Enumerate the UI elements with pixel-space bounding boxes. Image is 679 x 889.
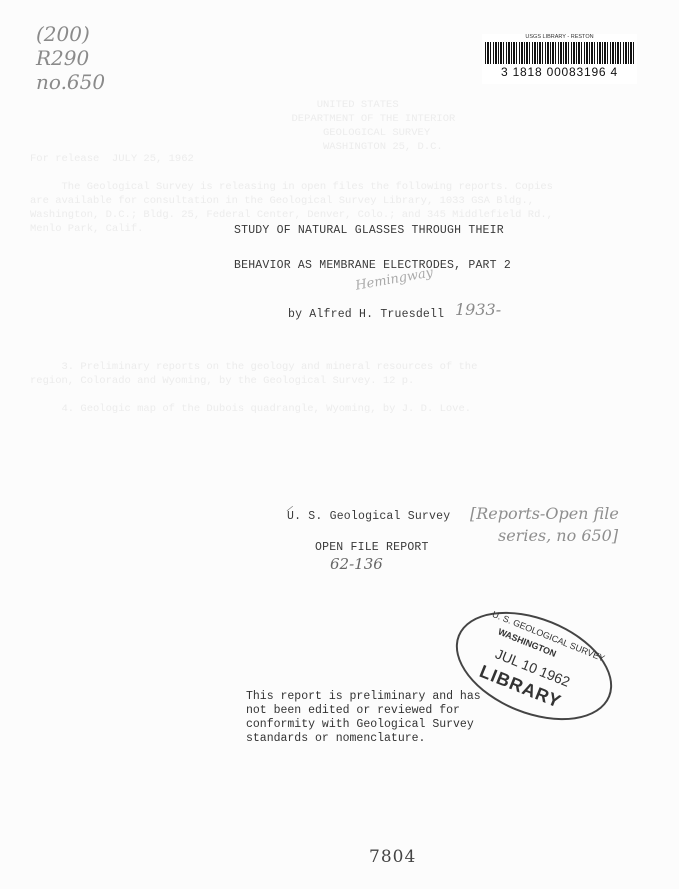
barcode-bars <box>485 42 634 64</box>
report-type: OPEN FILE REPORT <box>315 541 429 554</box>
library-barcode: USGS LIBRARY - RESTON 3 1818 00083196 4 <box>482 34 637 84</box>
agency-name: U. S. Geological Survey <box>287 510 450 523</box>
bleed-through-text: 3. Preliminary reports on the geology an… <box>30 360 477 416</box>
bleed-through-text: UNITED STATES DEPARTMENT OF THE INTERIOR… <box>260 98 455 154</box>
preliminary-notice: This report is preliminary and hasnot be… <box>246 690 481 746</box>
report-title-line-2: BEHAVIOR AS MEMBRANE ELECTRODES, PART 2 <box>234 259 511 272</box>
handwritten-report-number: 62-136 <box>330 555 383 573</box>
report-title-line-1: STUDY OF NATURAL GLASSES THROUGH THEIR <box>234 224 504 237</box>
handwritten-call-number: (200) R290 no.650 <box>36 22 105 94</box>
barcode-label: USGS LIBRARY - RESTON <box>482 34 637 40</box>
barcode-number: 3 1818 00083196 4 <box>482 65 637 79</box>
page-number: 7804 <box>369 847 416 867</box>
handwritten-birth-year: 1933- <box>455 300 501 319</box>
handwritten-series-note: [Reports-Open file series, no 650] <box>470 503 619 547</box>
author-byline: by Alfred H. Truesdell <box>288 308 444 321</box>
document-page: UNITED STATES DEPARTMENT OF THE INTERIOR… <box>0 0 679 889</box>
